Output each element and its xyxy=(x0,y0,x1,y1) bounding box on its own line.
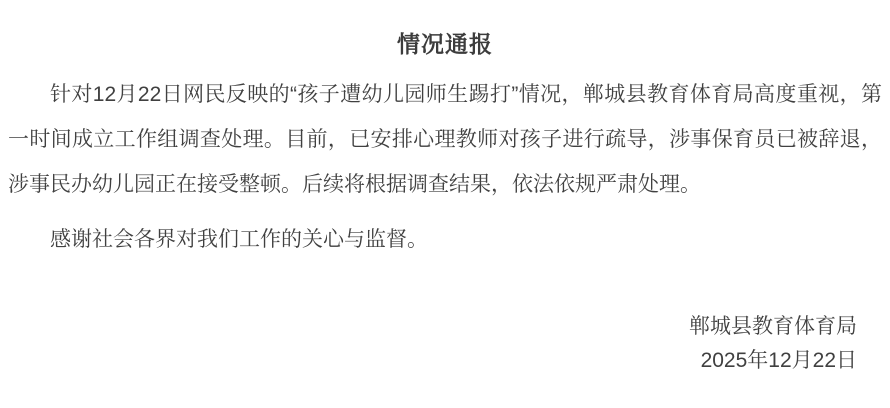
notice-signature-agency: 郸城县教育体育局 xyxy=(8,310,857,344)
notice-paragraph-thanks: 感谢社会各界对我们工作的关心与监督。 xyxy=(8,217,882,262)
signature-block: 郸城县教育体育局 2025年12月22日 xyxy=(8,310,882,378)
notice-date: 2025年12月22日 xyxy=(8,344,857,378)
notice-title: 情况通报 xyxy=(8,30,882,58)
notice-paragraph-main: 针对12月22日网民反映的“孩子遭幼儿园师生踢打”情况，郸城县教育体育局高度重视… xyxy=(8,72,882,207)
notice-document: 情况通报 针对12月22日网民反映的“孩子遭幼儿园师生踢打”情况，郸城县教育体育… xyxy=(0,0,890,408)
